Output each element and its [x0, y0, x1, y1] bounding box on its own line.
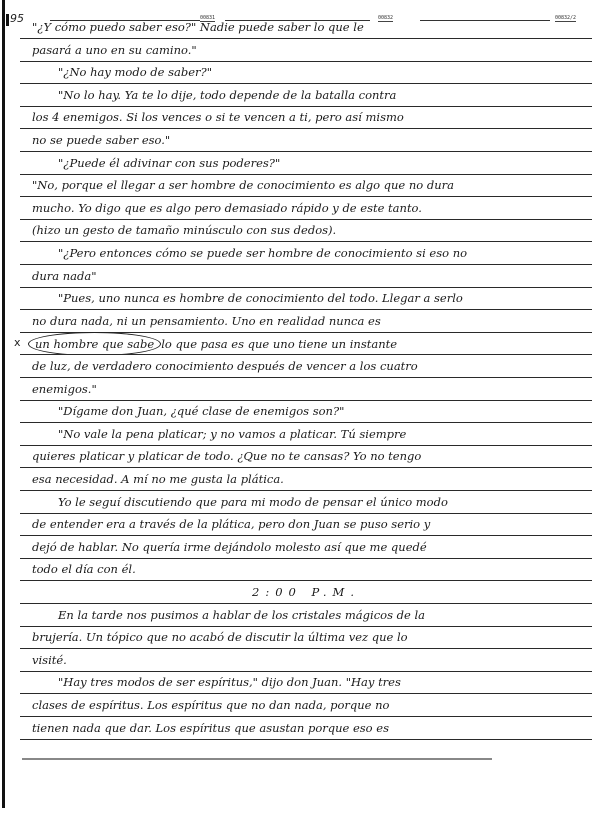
line-text: los 4 enemigos. Si los vences o si te ve… [32, 106, 404, 128]
text-line: clases de espíritus. Los espíritus que n… [20, 694, 592, 717]
line-text: dejó de hablar. No quería irme dejándolo… [32, 536, 427, 558]
line-text: "Pues, uno nunca es hombre de conocimien… [58, 287, 463, 309]
line-text: "No vale la pena platicar; y no vamos a … [58, 423, 406, 445]
text-line: "No lo hay. Ya te lo dije, todo depende … [20, 84, 592, 107]
text-line: pasará a uno en su camino." [20, 39, 592, 62]
text-line: de luz, de verdadero conocimiento despué… [20, 355, 592, 378]
line-text: "¿No hay modo de saber?" [58, 61, 212, 83]
line-text: 2:00 P.M. [252, 581, 360, 603]
text-line: un hombre que sabe lo que pasa es que un… [20, 332, 592, 355]
text-line: "¿Pero entonces cómo se puede ser hombre… [20, 242, 592, 265]
text-line: no se puede saber eso." [20, 129, 592, 152]
line-text: "Dígame don Juan, ¿qué clase de enemigos… [58, 400, 344, 422]
text-line: no dura nada, ni un pensamiento. Uno en … [20, 310, 592, 333]
line-text: tienen nada que dar. Los espíritus que a… [32, 717, 389, 739]
text-line: Yo le seguí discutiendo que para mi modo… [20, 491, 592, 514]
line-text: "No lo hay. Ya te lo dije, todo depende … [58, 84, 396, 106]
text-line: 2:00 P.M. [20, 581, 592, 604]
line-text: esa necesidad. A mí no me gusta la pláti… [32, 468, 284, 490]
line-text: brujería. Un tópico que no acabó de disc… [32, 626, 408, 648]
line-text: (hizo un gesto de tamaño minúsculo con s… [32, 219, 336, 241]
line-text: Yo le seguí discutiendo que para mi modo… [58, 491, 448, 513]
text-line: "Hay tres modos de ser espíritus," dijo … [20, 671, 592, 694]
bottom-rule [22, 758, 492, 760]
text-line: (hizo un gesto de tamaño minúsculo con s… [20, 219, 592, 242]
text-line: "No vale la pena platicar; y no vamos a … [20, 423, 592, 446]
text-line: "¿No hay modo de saber?" [20, 61, 592, 84]
text-line: "¿Puede él adivinar con sus poderes?" [20, 152, 592, 175]
line-text: lo que pasa es que uno tiene un instante [161, 333, 397, 355]
line-text: "¿Puede él adivinar con sus poderes?" [58, 152, 280, 174]
line-text: "Hay tres modos de ser espíritus," dijo … [58, 671, 401, 693]
text-line: brujería. Un tópico que no acabó de disc… [20, 626, 592, 649]
left-margin-bar [2, 0, 5, 808]
line-text: enemigos." [32, 378, 97, 400]
line-text: En la tarde nos pusimos a hablar de los … [58, 604, 425, 626]
text-line: dejó de hablar. No quería irme dejándolo… [20, 536, 592, 559]
line-text: de luz, de verdadero conocimiento despué… [32, 355, 418, 377]
text-line: los 4 enemigos. Si los vences o si te ve… [20, 106, 592, 129]
line-text: "No, porque el llegar a ser hombre de co… [32, 174, 454, 196]
text-line: de entender era a través de la plática, … [20, 513, 592, 536]
text-line: visité. [20, 649, 592, 672]
line-text: mucho. Yo digo que es algo pero demasiad… [32, 197, 422, 219]
circled-phrase: un hombre que sabe [28, 332, 161, 355]
text-line: quieres platicar y platicar de todo. ¿Qu… [20, 445, 592, 468]
line-text: "¿Pero entonces cómo se puede ser hombre… [58, 242, 467, 264]
line-text: visité. [32, 649, 67, 671]
text-line: "No, porque el llegar a ser hombre de co… [20, 174, 592, 197]
text-line: "Pues, uno nunca es hombre de conocimien… [20, 287, 592, 310]
line-text: de entender era a través de la plática, … [32, 513, 430, 535]
text-line: esa necesidad. A mí no me gusta la pláti… [20, 468, 592, 491]
line-text: clases de espíritus. Los espíritus que n… [32, 694, 389, 716]
text-line: enemigos." [20, 378, 592, 401]
text-line: dura nada" [20, 265, 592, 288]
text-line: En la tarde nos pusimos a hablar de los … [20, 604, 592, 627]
text-line: mucho. Yo digo que es algo pero demasiad… [20, 197, 592, 220]
line-text: no se puede saber eso." [32, 129, 170, 151]
line-text: quieres platicar y platicar de todo. ¿Qu… [32, 445, 421, 467]
text-line: "Dígame don Juan, ¿qué clase de enemigos… [20, 400, 592, 423]
text-line: "¿Y cómo puedo saber eso?" Nadie puede s… [20, 16, 592, 39]
line-text: pasará a uno en su camino." [32, 39, 197, 61]
line-text: "¿Y cómo puedo saber eso?" Nadie puede s… [32, 16, 364, 38]
line-text: todo el día con él. [32, 558, 136, 580]
line-text: no dura nada, ni un pensamiento. Uno en … [32, 310, 381, 332]
text-line: tienen nada que dar. Los espíritus que a… [20, 717, 592, 740]
text-line: todo el día con él. [20, 558, 592, 581]
line-text: dura nada" [32, 265, 97, 287]
page-corner-mark [6, 14, 9, 26]
